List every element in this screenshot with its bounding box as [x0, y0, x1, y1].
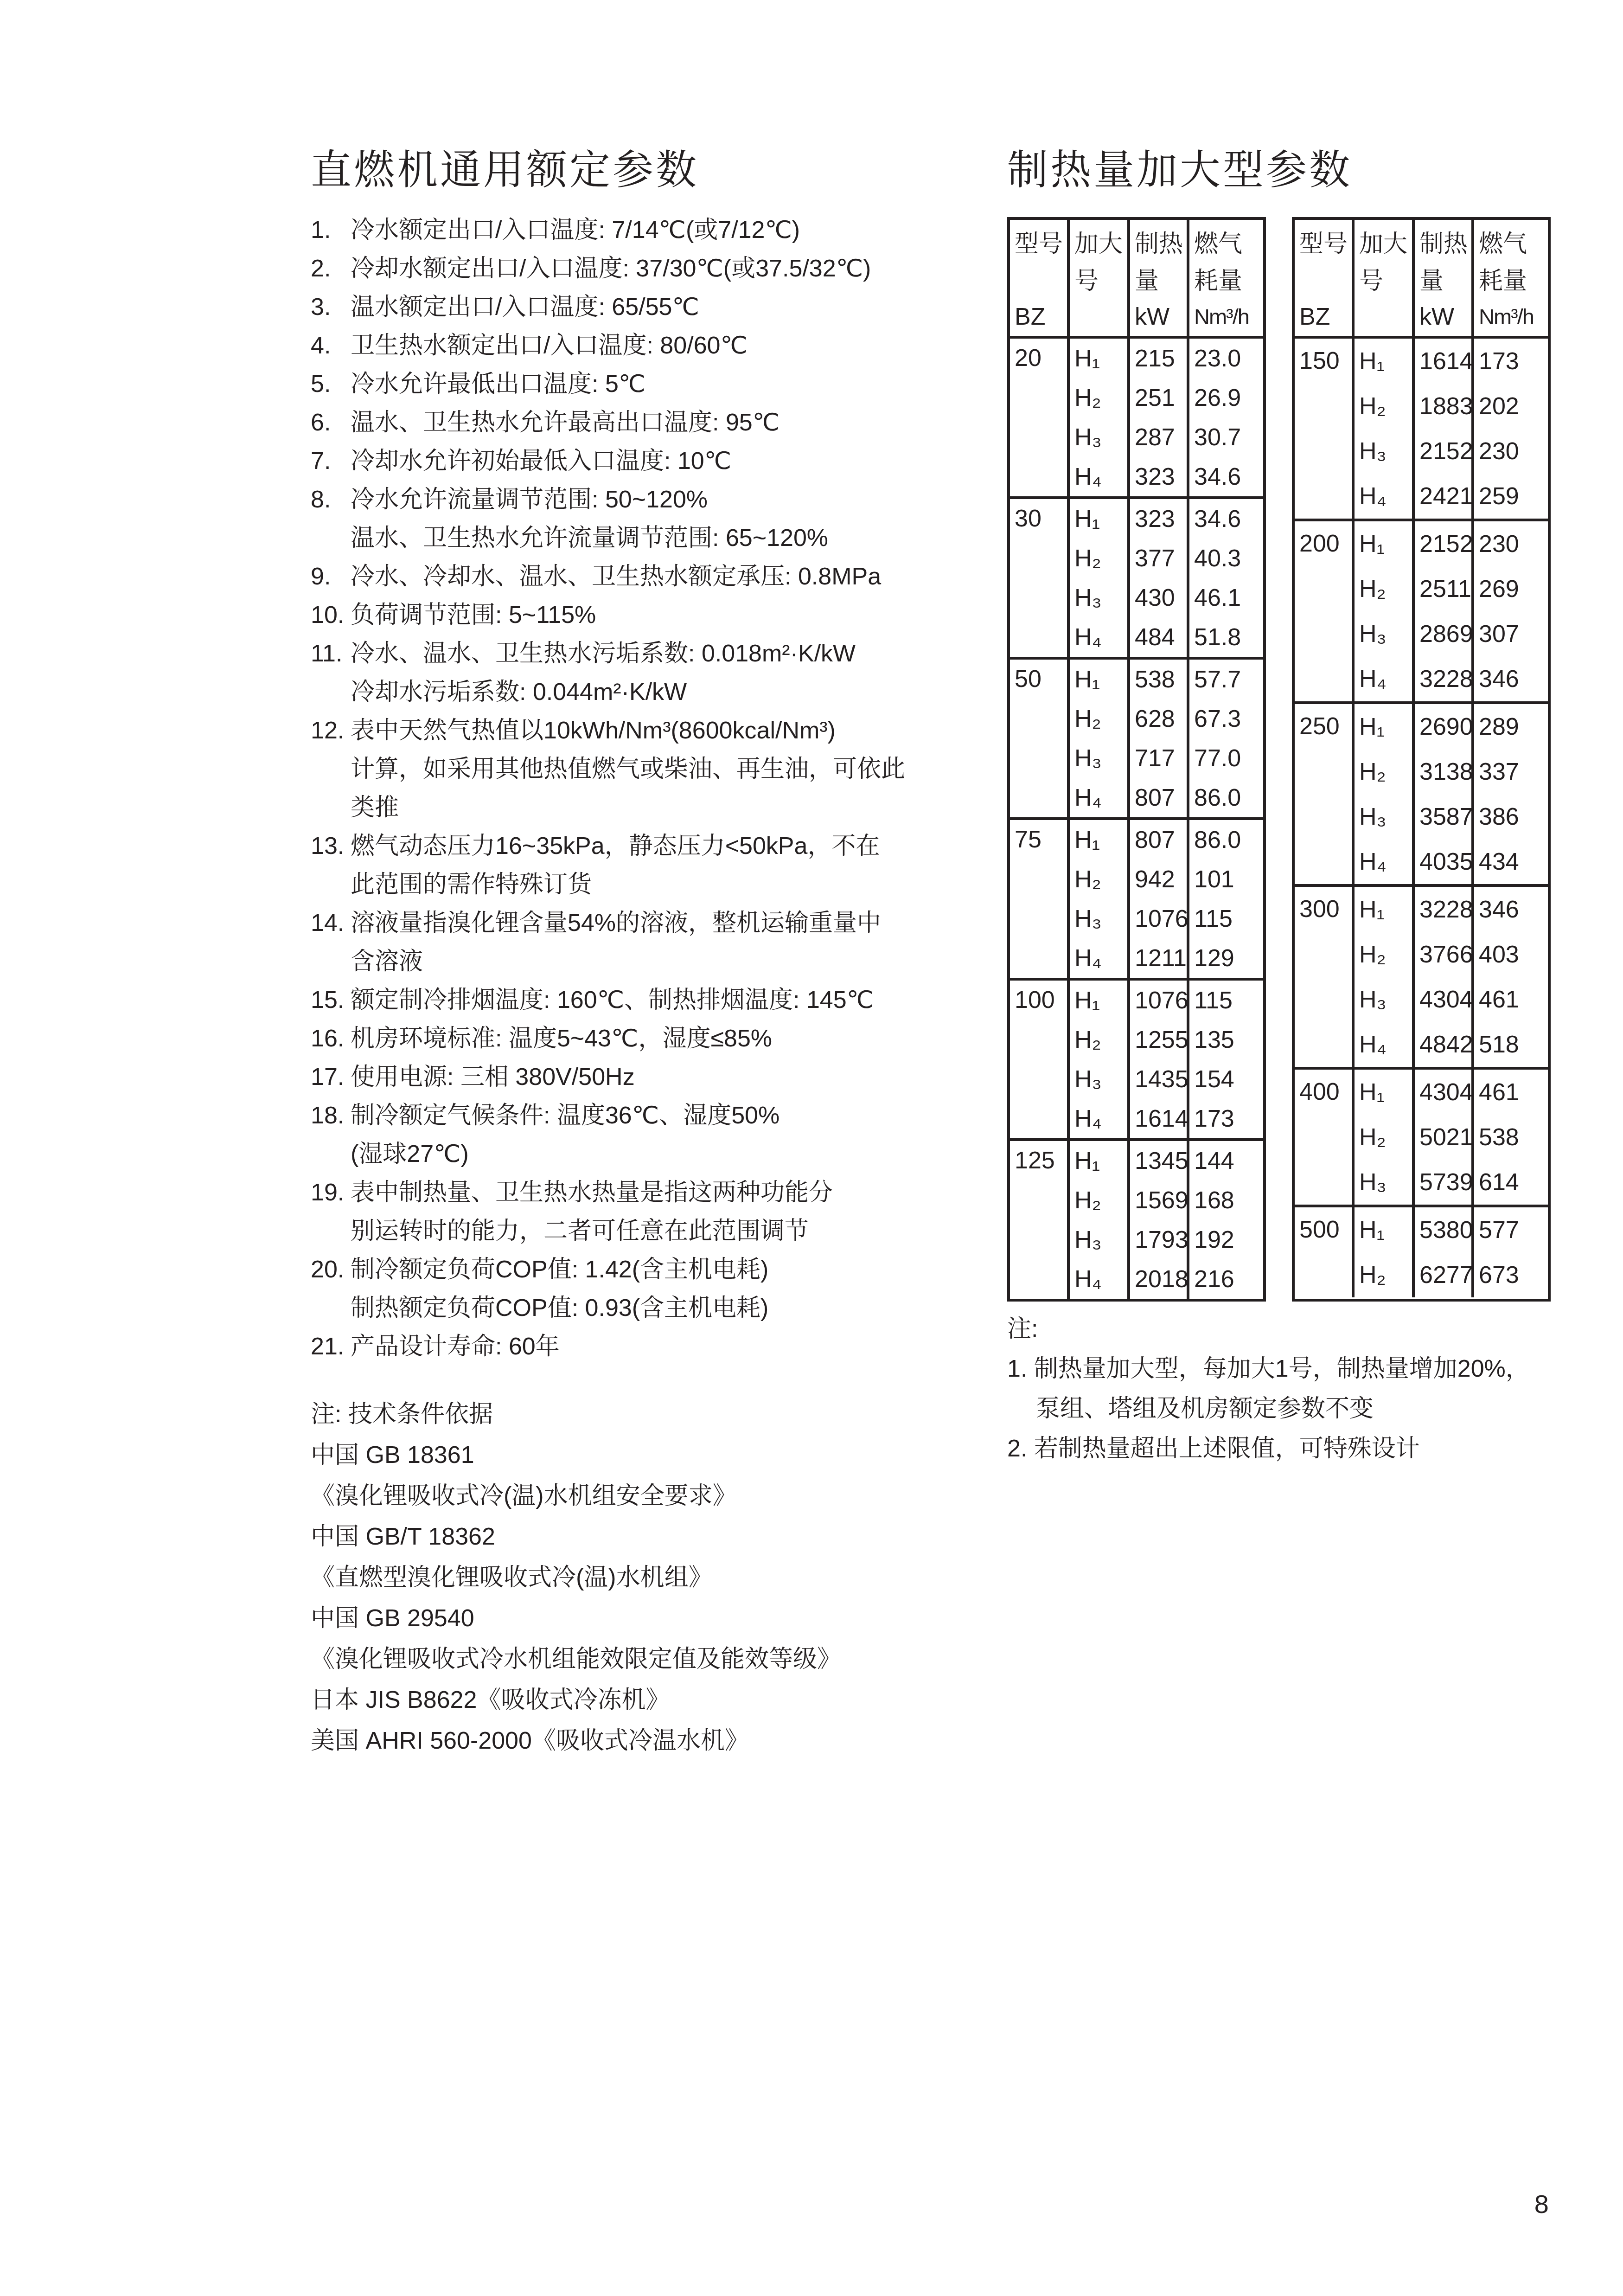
standards-note-line: 《直燃型溴化锂吸收式冷(温)水机组》: [311, 1557, 1053, 1598]
data-value: 2690: [1415, 704, 1471, 749]
data-value: 251: [1130, 378, 1187, 417]
data-value: 403: [1474, 932, 1548, 977]
data-value: 1076: [1130, 899, 1187, 938]
list-item-number: 9.: [311, 558, 331, 596]
list-item-text: 制冷额定气候条件: 温度36℃、湿度50% (湿球27℃): [351, 1102, 780, 1167]
list-item-text: 表中制热量、卫生热水热量是指这两种功能分 别运转时的能力，二者可任意在此范围调节: [351, 1179, 833, 1244]
data-value: 538: [1130, 660, 1187, 699]
enlarge-number-cell: H₁H₂H₃H₄: [1067, 978, 1127, 1138]
data-value: 518: [1474, 1022, 1548, 1067]
data-value: 173: [1474, 339, 1548, 384]
enlarge-number-cell: H₁H₂H₃H₄: [1352, 884, 1412, 1067]
data-value: H₄: [1355, 839, 1412, 884]
list-item-text: 冷却水额定出口/入口温度: 37/30℃(或37.5/32℃): [351, 255, 871, 282]
data-value: 2018: [1130, 1259, 1187, 1299]
list-item: 2.冷却水额定出口/入口温度: 37/30℃(或37.5/32℃): [311, 250, 1006, 288]
data-value: 230: [1474, 521, 1548, 566]
model-cell: 75: [1010, 817, 1067, 978]
heating-capacity-cell: 1614188321522421: [1412, 336, 1471, 519]
model-cell: 100: [1010, 978, 1067, 1138]
header-line: 制热: [1135, 225, 1187, 263]
header-line: 加大: [1074, 225, 1127, 263]
list-item: 7.冷却水允许初始最低入口温度: 10℃: [311, 442, 1006, 481]
data-value: 192: [1189, 1220, 1263, 1259]
table-header-unit: Nm³/h: [1194, 303, 1263, 330]
data-value: H₄: [1070, 1099, 1127, 1138]
data-value: 77.0: [1189, 738, 1263, 778]
data-value: 807: [1130, 778, 1187, 817]
data-value: H₁: [1355, 704, 1412, 749]
list-item-number: 10.: [311, 596, 344, 635]
header-line: 加大: [1359, 225, 1412, 263]
data-value: 942: [1130, 859, 1187, 899]
enlarge-number-cell: H₁H₂H₃H₄: [1067, 336, 1127, 496]
heating-capacity-cell: 2690313835874035: [1412, 701, 1471, 884]
list-item-number: 7.: [311, 442, 331, 481]
list-item: 20.制冷额定负荷COP值: 1.42(含主机电耗) 制热额定负荷COP值: 0…: [311, 1251, 1006, 1328]
data-value: 2511: [1415, 566, 1471, 611]
table-note-line: 2. 若制热量超出上述限值，可特殊设计: [1007, 1429, 1610, 1469]
model-cell: 500: [1295, 1205, 1352, 1297]
model-cell: 300: [1295, 884, 1352, 1067]
standards-note-line: 《溴化锂吸收式冷(温)水机组安全要求》: [311, 1475, 1053, 1516]
data-value: 34.6: [1189, 499, 1263, 539]
list-item-number: 13.: [311, 827, 344, 866]
data-value: 34.6: [1189, 457, 1263, 496]
list-item-text: 表中天然气热值以10kWh/Nm³(8600kcal/Nm³) 计算，如采用其他…: [351, 717, 905, 821]
data-value: H₂: [1070, 1180, 1127, 1220]
data-value: H₃: [1070, 578, 1127, 617]
heating-capacity-table: 型号BZ加大号制热量kW燃气耗量Nm³/h150H₁H₂H₃H₄16141883…: [1292, 217, 1551, 1302]
model-cell: 125: [1010, 1138, 1067, 1299]
header-line: 型号: [1299, 225, 1352, 263]
data-value: H₄: [1355, 474, 1412, 519]
table-header-cell: 加大号: [1067, 220, 1127, 336]
table-header-label: 型号: [1299, 225, 1352, 263]
list-item: 5.冷水允许最低出口温度: 5℃: [311, 365, 1006, 404]
table-header-cell: 燃气耗量Nm³/h: [1471, 220, 1548, 336]
data-value: H₂: [1070, 539, 1127, 578]
list-item: 16.机房环境标准: 温度5~43℃，湿度≤85%: [311, 1020, 1006, 1058]
data-value: 1076: [1130, 981, 1187, 1020]
data-value: 1614: [1130, 1099, 1187, 1138]
list-item: 13.燃气动态压力16~35kPa，静态压力<50kPa，不在 此范围的需作特殊…: [311, 827, 1006, 904]
table-note-line: 泵组、塔组及机房额定参数不变: [1007, 1389, 1610, 1429]
list-item-number: 1.: [311, 211, 331, 250]
heating-capacity-cell: 53806277: [1412, 1205, 1471, 1297]
model-cell: 200: [1295, 519, 1352, 701]
data-value: 5739: [1415, 1160, 1471, 1205]
standards-note-line: 中国 GB/T 18362: [311, 1516, 1053, 1557]
list-item-number: 8.: [311, 481, 331, 519]
heating-capacity-cell: 80794210761211: [1127, 817, 1187, 978]
enlarge-number-cell: H₁H₂H₃H₄: [1067, 1138, 1127, 1299]
table-header-label: 型号: [1015, 225, 1067, 263]
heating-capacity-cell: 430450215739: [1412, 1067, 1471, 1205]
list-item-text: 制冷额定负荷COP值: 1.42(含主机电耗) 制热额定负荷COP值: 0.93…: [351, 1256, 768, 1321]
data-value: H₁: [1355, 887, 1412, 932]
data-value: 3587: [1415, 794, 1471, 839]
data-value: 461: [1474, 1070, 1548, 1115]
list-item-text: 额定制冷排烟温度: 160℃、制热排烟温度: 145℃: [351, 987, 874, 1013]
data-value: H₄: [1070, 1259, 1127, 1299]
header-line: 燃气: [1479, 225, 1548, 263]
model-cell: 150: [1295, 336, 1352, 519]
model-cell: 30: [1010, 496, 1067, 657]
data-value: 135: [1189, 1020, 1263, 1059]
list-item-number: 6.: [311, 404, 331, 442]
enlarge-number-cell: H₁H₂H₃H₄: [1352, 701, 1412, 884]
data-value: H₂: [1355, 384, 1412, 429]
table-header-cell: 制热量kW: [1127, 220, 1187, 336]
gas-consumption-cell: 289337386434: [1471, 701, 1548, 884]
data-value: H₂: [1070, 378, 1127, 417]
data-value: H₃: [1355, 794, 1412, 839]
table-header-cell: 燃气耗量Nm³/h: [1187, 220, 1263, 336]
data-value: 86.0: [1189, 778, 1263, 817]
data-value: 337: [1474, 749, 1548, 794]
table-header-unit: BZ: [1299, 303, 1352, 330]
table-header-unit: BZ: [1015, 303, 1067, 330]
standards-notes: 注: 技术条件依据中国 GB 18361《溴化锂吸收式冷(温)水机组安全要求》中…: [311, 1394, 1053, 1761]
data-value: H₄: [1070, 617, 1127, 657]
table-note-line: 1. 制热量加大型，每加大1号，制热量增加20%，: [1007, 1349, 1610, 1389]
header-line: 燃气: [1194, 225, 1263, 263]
gas-consumption-cell: 57.767.377.086.0: [1187, 657, 1263, 817]
list-item-text: 温水、卫生热水允许最高出口温度: 95℃: [351, 409, 780, 436]
list-item-text: 冷水额定出口/入口温度: 7/14℃(或7/12℃): [351, 217, 800, 244]
header-line: 量: [1135, 263, 1187, 300]
enlarge-number-cell: H₁H₂: [1352, 1205, 1412, 1297]
data-value: 26.9: [1189, 378, 1263, 417]
standards-note-line: 日本 JIS B8622《吸收式冷冻机》: [311, 1680, 1053, 1720]
data-value: 173: [1189, 1099, 1263, 1138]
list-item-text: 机房环境标准: 温度5~43℃，湿度≤85%: [351, 1025, 772, 1052]
data-value: 307: [1474, 611, 1548, 656]
list-item: 17.使用电源: 三相 380V/50Hz: [311, 1058, 1006, 1097]
model-cell: 400: [1295, 1067, 1352, 1205]
enlarged-heating-title: 制热量加大型参数: [1007, 148, 1352, 192]
gas-consumption-cell: 34.640.346.151.8: [1187, 496, 1263, 657]
data-value: 230: [1474, 429, 1548, 474]
enlarge-number-cell: H₁H₂H₃H₄: [1352, 519, 1412, 701]
gas-consumption-cell: 144168192216: [1187, 1138, 1263, 1299]
data-value: 269: [1474, 566, 1548, 611]
data-value: H₃: [1070, 417, 1127, 457]
table-note-line: 注:: [1007, 1309, 1610, 1349]
data-value: 2869: [1415, 611, 1471, 656]
data-value: 434: [1474, 839, 1548, 884]
data-value: H₄: [1355, 656, 1412, 701]
data-value: 2421: [1415, 474, 1471, 519]
list-item-number: 20.: [311, 1251, 344, 1289]
list-item-text: 冷水、冷却水、温水、卫生热水额定承压: 0.8MPa: [351, 563, 881, 590]
data-value: H₄: [1070, 457, 1127, 496]
table-header-cell: 制热量kW: [1412, 220, 1471, 336]
list-item-text: 冷水、温水、卫生热水污垢系数: 0.018m²·K/kW 冷却水污垢系数: 0.…: [351, 640, 856, 705]
table-header-label: 燃气耗量: [1194, 225, 1263, 300]
header-line: 量: [1419, 263, 1471, 300]
data-value: 1614: [1415, 339, 1471, 384]
data-value: H₂: [1070, 1020, 1127, 1059]
list-item: 11.冷水、温水、卫生热水污垢系数: 0.018m²·K/kW 冷却水污垢系数:…: [311, 635, 1006, 712]
data-value: 2152: [1415, 521, 1471, 566]
enlarge-number-cell: H₁H₂H₃H₄: [1352, 336, 1412, 519]
data-value: H₁: [1070, 820, 1127, 859]
table-header-label: 加大号: [1074, 225, 1127, 300]
data-value: H₁: [1070, 499, 1127, 539]
data-value: 5380: [1415, 1207, 1471, 1252]
model-cell: 250: [1295, 701, 1352, 884]
gas-consumption-cell: 461538614: [1471, 1067, 1548, 1205]
data-value: 3228: [1415, 656, 1471, 701]
list-item: 3.温水额定出口/入口温度: 65/55℃: [311, 288, 1006, 327]
heating-capacity-cell: 538628717807: [1127, 657, 1187, 817]
table-header-unit: Nm³/h: [1479, 303, 1548, 330]
data-value: H₁: [1070, 660, 1127, 699]
data-value: 386: [1474, 794, 1548, 839]
data-value: 1435: [1130, 1059, 1187, 1099]
table-header-label: 加大号: [1359, 225, 1412, 300]
data-value: H₂: [1355, 932, 1412, 977]
heating-capacity-cell: 215251287323: [1127, 336, 1187, 496]
data-value: H₁: [1070, 339, 1127, 378]
data-value: 717: [1130, 738, 1187, 778]
data-value: 323: [1130, 499, 1187, 539]
list-item-number: 2.: [311, 250, 331, 288]
data-value: 346: [1474, 656, 1548, 701]
header-line: 制热: [1419, 225, 1471, 263]
page-number: 8: [1456, 2190, 1549, 2218]
list-item: 6.温水、卫生热水允许最高出口温度: 95℃: [311, 404, 1006, 442]
list-item: 18.制冷额定气候条件: 温度36℃、湿度50% (湿球27℃): [311, 1097, 1006, 1174]
data-value: 1793: [1130, 1220, 1187, 1259]
data-value: 51.8: [1189, 617, 1263, 657]
enlarge-number-cell: H₁H₂H₃H₄: [1067, 496, 1127, 657]
data-value: H₂: [1070, 699, 1127, 738]
gas-consumption-cell: 346403461518: [1471, 884, 1548, 1067]
list-item: 14.溶液量指溴化锂含量54%的溶液，整机运输重量中 含溶液: [311, 904, 1006, 981]
data-value: H₁: [1070, 981, 1127, 1020]
data-value: 461: [1474, 977, 1548, 1022]
list-item-number: 14.: [311, 904, 344, 943]
data-value: H₃: [1355, 1160, 1412, 1205]
heating-capacity-cell: 1076125514351614: [1127, 978, 1187, 1138]
header-line: 号: [1359, 263, 1412, 300]
data-value: 115: [1189, 981, 1263, 1020]
gas-consumption-cell: 230269307346: [1471, 519, 1548, 701]
data-value: 289: [1474, 704, 1548, 749]
data-value: 1569: [1130, 1180, 1187, 1220]
data-value: H₃: [1070, 738, 1127, 778]
model-cell: 50: [1010, 657, 1067, 817]
model-cell: 20: [1010, 336, 1067, 496]
data-value: H₂: [1355, 566, 1412, 611]
parameter-list: 1.冷水额定出口/入口温度: 7/14℃(或7/12℃)2.冷却水额定出口/入口…: [311, 211, 1006, 1366]
data-value: H₁: [1355, 339, 1412, 384]
header-line: 型号: [1015, 225, 1067, 263]
list-item-number: 19.: [311, 1174, 344, 1212]
data-value: 129: [1189, 938, 1263, 978]
data-value: 202: [1474, 384, 1548, 429]
data-value: 430: [1130, 578, 1187, 617]
list-item-text: 使用电源: 三相 380V/50Hz: [351, 1064, 635, 1090]
header-line: 耗量: [1479, 263, 1548, 300]
list-item-number: 12.: [311, 712, 344, 750]
data-value: 57.7: [1189, 660, 1263, 699]
list-item-number: 11.: [311, 635, 342, 673]
data-value: 215: [1130, 339, 1187, 378]
standards-note-line: 《溴化锂吸收式冷水机组能效限定值及能效等级》: [311, 1639, 1053, 1680]
gas-consumption-cell: 23.026.930.734.6: [1187, 336, 1263, 496]
data-value: 1345: [1130, 1141, 1187, 1180]
list-item-number: 17.: [311, 1058, 344, 1097]
general-parameters-title: 直燃机通用额定参数: [311, 148, 699, 192]
list-item-number: 18.: [311, 1097, 344, 1135]
list-item: 9.冷水、冷却水、温水、卫生热水额定承压: 0.8MPa: [311, 558, 1006, 596]
data-value: 807: [1130, 820, 1187, 859]
heating-capacity-cell: 323377430484: [1127, 496, 1187, 657]
data-value: 86.0: [1189, 820, 1263, 859]
list-item: 19.表中制热量、卫生热水热量是指这两种功能分 别运转时的能力，二者可任意在此范…: [311, 1174, 1006, 1251]
data-value: 168: [1189, 1180, 1263, 1220]
data-value: 3138: [1415, 749, 1471, 794]
data-value: 154: [1189, 1059, 1263, 1099]
list-item: 10.负荷调节范围: 5~115%: [311, 596, 1006, 635]
data-value: 484: [1130, 617, 1187, 657]
data-value: 1211: [1130, 938, 1187, 978]
enlarge-number-cell: H₁H₂H₃H₄: [1067, 657, 1127, 817]
table-header-unit: kW: [1419, 303, 1471, 330]
data-value: 377: [1130, 539, 1187, 578]
list-item-text: 负荷调节范围: 5~115%: [351, 602, 596, 629]
data-value: 3228: [1415, 887, 1471, 932]
data-value: H₃: [1070, 899, 1127, 938]
table-header-cell: 型号BZ: [1295, 220, 1352, 336]
standards-note-line: 美国 AHRI 560-2000《吸收式冷温水机》: [311, 1720, 1053, 1761]
data-value: 4842: [1415, 1022, 1471, 1067]
data-value: H₃: [1355, 611, 1412, 656]
list-item-text: 溶液量指溴化锂含量54%的溶液，整机运输重量中 含溶液: [351, 910, 881, 975]
data-value: 1255: [1130, 1020, 1187, 1059]
data-value: H₁: [1355, 1070, 1412, 1115]
data-value: 673: [1474, 1252, 1548, 1297]
list-item-text: 燃气动态压力16~35kPa，静态压力<50kPa，不在 此范围的需作特殊订货: [351, 833, 880, 898]
list-item-text: 产品设计寿命: 60年: [351, 1333, 560, 1360]
gas-consumption-cell: 173202230259: [1471, 336, 1548, 519]
data-value: H₃: [1355, 429, 1412, 474]
list-item-number: 16.: [311, 1020, 344, 1058]
enlarge-number-cell: H₁H₂H₃: [1352, 1067, 1412, 1205]
list-item: 8.冷水允许流量调节范围: 50~120% 温水、卫生热水允许流量调节范围: 6…: [311, 481, 1006, 558]
table-header-unit: kW: [1135, 303, 1187, 330]
list-item-number: 5.: [311, 365, 331, 404]
data-value: 30.7: [1189, 417, 1263, 457]
list-item: 1.冷水额定出口/入口温度: 7/14℃(或7/12℃): [311, 211, 1006, 250]
data-value: 67.3: [1189, 699, 1263, 738]
data-value: H₃: [1070, 1059, 1127, 1099]
list-item: 12.表中天然气热值以10kWh/Nm³(8600kcal/Nm³) 计算，如采…: [311, 712, 1006, 827]
data-value: 46.1: [1189, 578, 1263, 617]
data-value: H₃: [1070, 1220, 1127, 1259]
data-value: 144: [1189, 1141, 1263, 1180]
table-header-cell: 加大号: [1352, 220, 1412, 336]
list-item: 21.产品设计寿命: 60年: [311, 1328, 1006, 1366]
list-item-number: 4.: [311, 327, 331, 365]
data-value: H₁: [1355, 521, 1412, 566]
data-value: 40.3: [1189, 539, 1263, 578]
standards-note-line: 中国 GB 29540: [311, 1598, 1053, 1639]
data-value: 4304: [1415, 977, 1471, 1022]
data-value: H₂: [1355, 1252, 1412, 1297]
table-notes: 注:1. 制热量加大型，每加大1号，制热量增加20%，泵组、塔组及机房额定参数不…: [1007, 1309, 1610, 1469]
data-value: 1883: [1415, 384, 1471, 429]
data-value: H₄: [1070, 938, 1127, 978]
table-header-label: 制热量: [1419, 225, 1471, 300]
data-value: 614: [1474, 1160, 1548, 1205]
header-line: 耗量: [1194, 263, 1263, 300]
data-value: 259: [1474, 474, 1548, 519]
list-item: 15.额定制冷排烟温度: 160℃、制热排烟温度: 145℃: [311, 981, 1006, 1020]
data-value: 346: [1474, 887, 1548, 932]
heating-capacity-table: 型号BZ加大号制热量kW燃气耗量Nm³/h20H₁H₂H₃H₄215251287…: [1007, 217, 1266, 1302]
list-item-text: 卫生热水额定出口/入口温度: 80/60℃: [351, 332, 748, 359]
data-value: H₁: [1070, 1141, 1127, 1180]
data-value: 2152: [1415, 429, 1471, 474]
list-item-text: 冷水允许流量调节范围: 50~120% 温水、卫生热水允许流量调节范围: 65~…: [351, 486, 828, 552]
standards-note-line: 注: 技术条件依据: [311, 1394, 1053, 1435]
gas-consumption-cell: 86.0101115129: [1187, 817, 1263, 978]
table-header-label: 燃气耗量: [1479, 225, 1548, 300]
data-value: 3766: [1415, 932, 1471, 977]
data-value: 323: [1130, 457, 1187, 496]
table-header-label: 制热量: [1135, 225, 1187, 300]
header-line: 号: [1074, 263, 1127, 300]
list-item-number: 15.: [311, 981, 344, 1020]
data-value: 628: [1130, 699, 1187, 738]
data-value: 6277: [1415, 1252, 1471, 1297]
list-item-number: 3.: [311, 288, 331, 327]
list-item-text: 冷却水允许初始最低入口温度: 10℃: [351, 448, 731, 475]
data-value: 4035: [1415, 839, 1471, 884]
standards-note-line: 中国 GB 18361: [311, 1435, 1053, 1475]
heating-capacity-cell: 2152251128693228: [1412, 519, 1471, 701]
data-value: 101: [1189, 859, 1263, 899]
data-value: 538: [1474, 1115, 1548, 1160]
data-value: 23.0: [1189, 339, 1263, 378]
heating-capacity-tables: 型号BZ加大号制热量kW燃气耗量Nm³/h20H₁H₂H₃H₄215251287…: [1007, 217, 1551, 1302]
heating-capacity-cell: 3228376643044842: [1412, 884, 1471, 1067]
data-value: H₁: [1355, 1207, 1412, 1252]
data-value: 287: [1130, 417, 1187, 457]
list-item-number: 21.: [311, 1328, 344, 1366]
data-value: 5021: [1415, 1115, 1471, 1160]
data-value: 4304: [1415, 1070, 1471, 1115]
gas-consumption-cell: 577673: [1471, 1205, 1548, 1297]
data-value: 577: [1474, 1207, 1548, 1252]
enlarge-number-cell: H₁H₂H₃H₄: [1067, 817, 1127, 978]
list-item-text: 温水额定出口/入口温度: 65/55℃: [351, 294, 699, 321]
catalog-page: 直燃机通用额定参数 1.冷水额定出口/入口温度: 7/14℃(或7/12℃)2.…: [0, 0, 1623, 2296]
data-value: H₂: [1355, 749, 1412, 794]
data-value: H₄: [1355, 1022, 1412, 1067]
data-value: H₂: [1355, 1115, 1412, 1160]
heating-capacity-cell: 1345156917932018: [1127, 1138, 1187, 1299]
table-header-cell: 型号BZ: [1010, 220, 1067, 336]
list-item-text: 冷水允许最低出口温度: 5℃: [351, 371, 645, 398]
data-value: 115: [1189, 899, 1263, 938]
data-value: H₂: [1070, 859, 1127, 899]
